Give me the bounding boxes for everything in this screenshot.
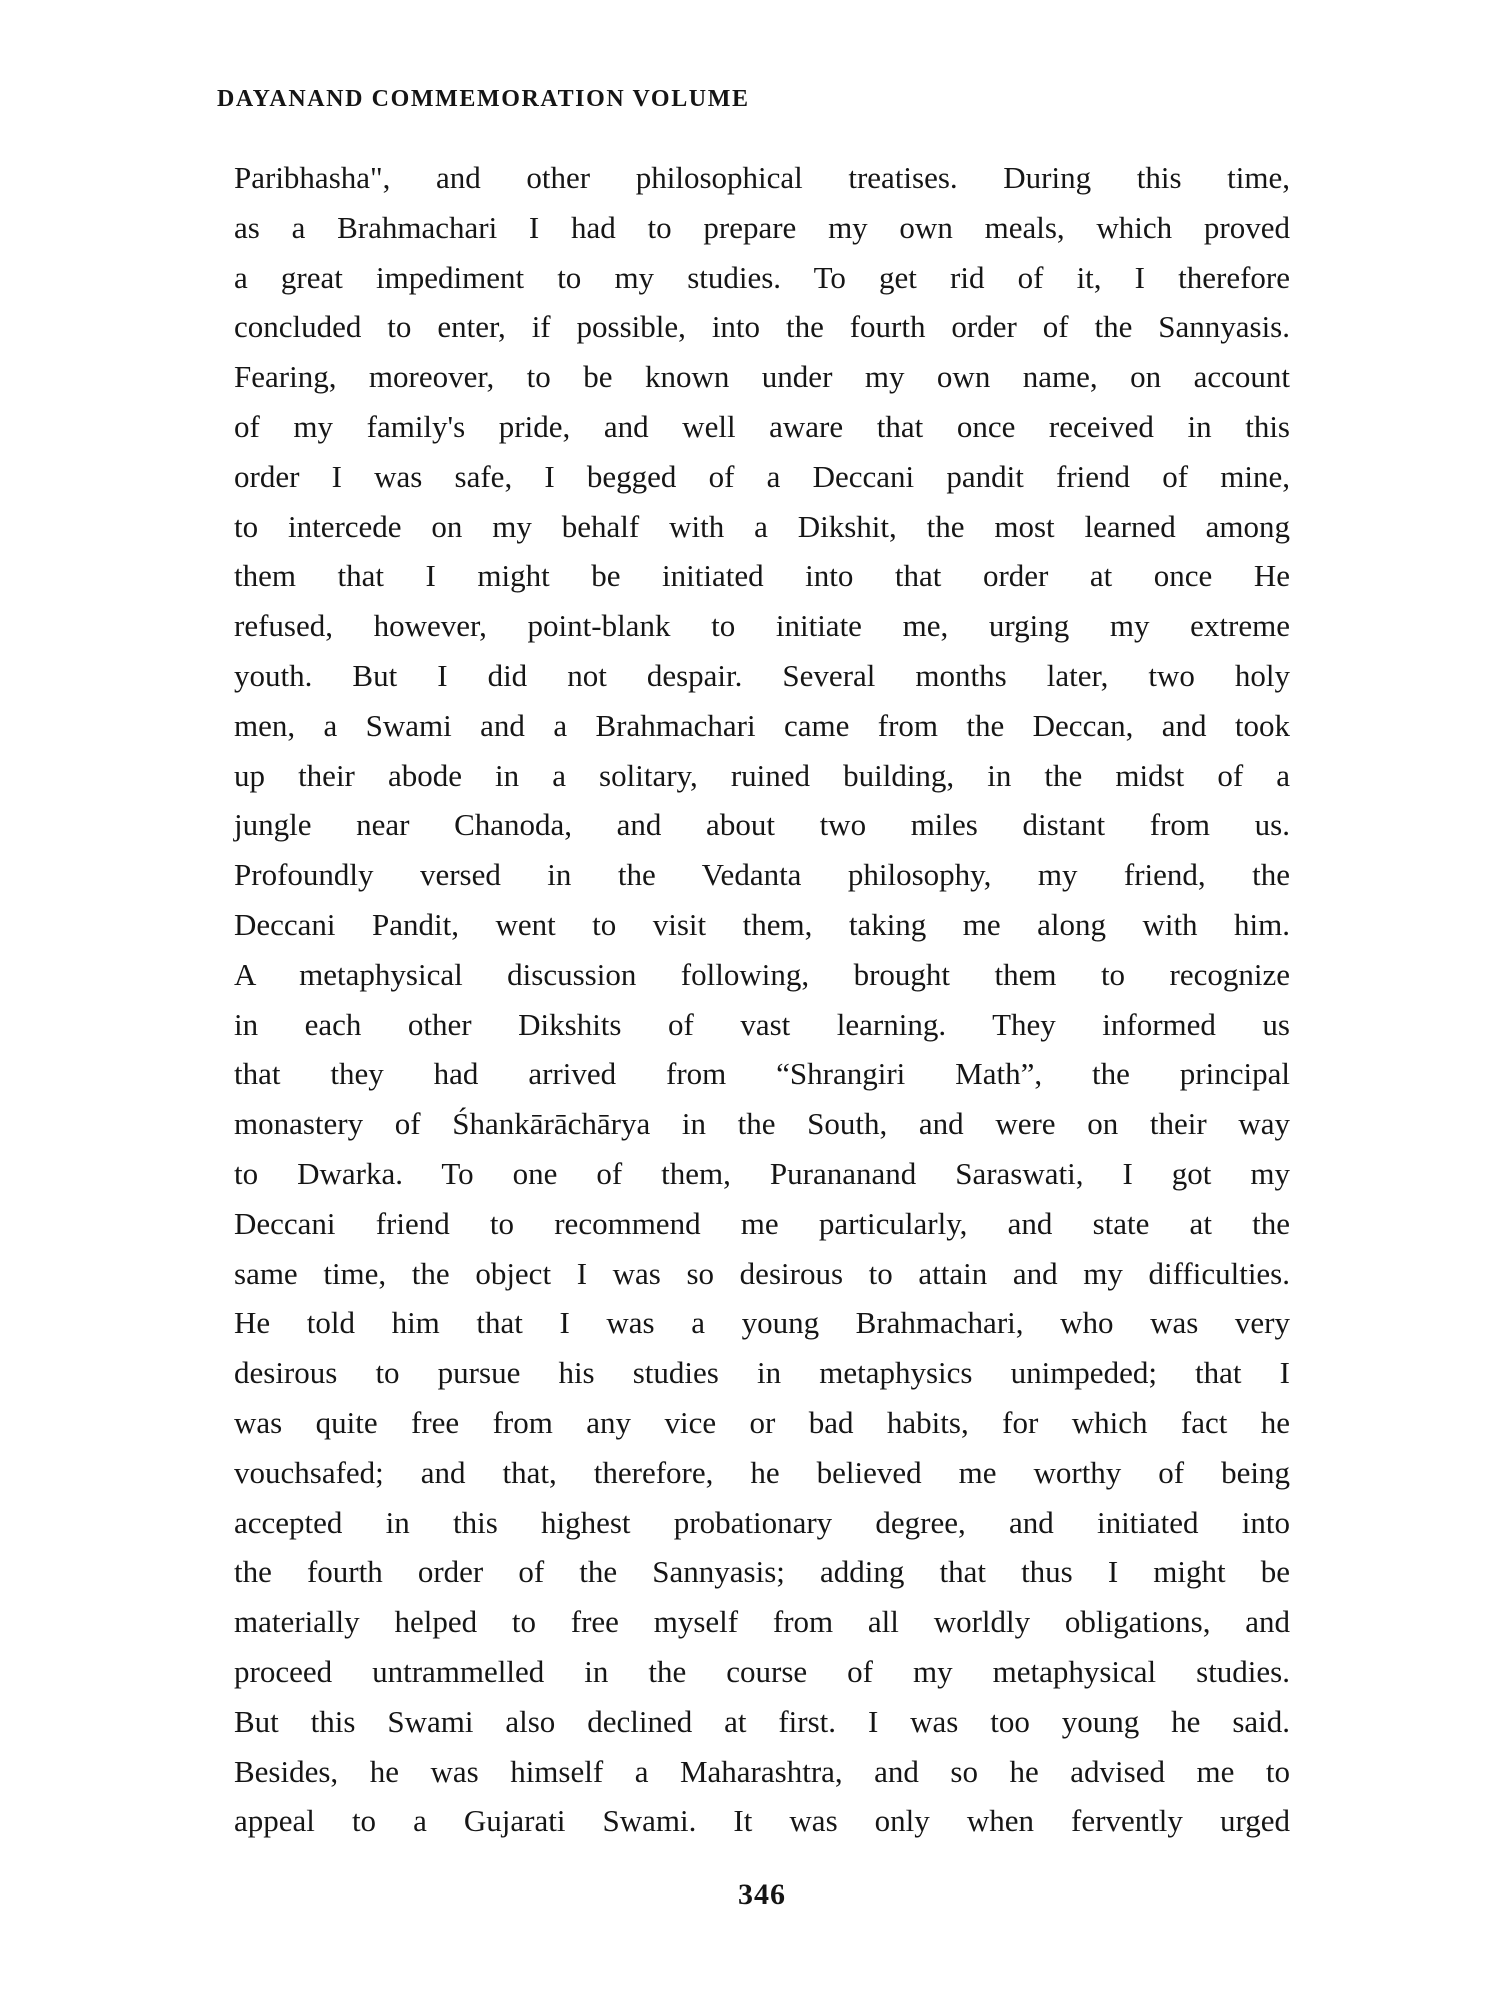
text-line-content: He told him that I was a young Brahmacha… [234, 1298, 1290, 1348]
text-line: But this Swami also declined at first. I… [234, 1697, 1290, 1747]
text-line: men, a Swami and a Brahmachari came from… [234, 701, 1290, 751]
text-line-content: monastery of Śhankārāchārya in the South… [234, 1099, 1290, 1149]
text-line-content: desirous to pursue his studies in metaph… [234, 1348, 1290, 1398]
text-line: up their abode in a solitary, ruined bui… [234, 751, 1290, 801]
text-line: Deccani Pandit, went to visit them, taki… [234, 900, 1290, 950]
text-line-content: Paribhasha", and other philosophical tre… [234, 153, 1290, 203]
text-line: desirous to pursue his studies in metaph… [234, 1348, 1290, 1398]
text-line-content: Deccani Pandit, went to visit them, taki… [234, 900, 1290, 950]
text-line-content: of my family's pride, and well aware tha… [234, 402, 1290, 452]
text-line-content: as a Brahmachari I had to prepare my own… [234, 203, 1290, 253]
text-line: jungle near Chanoda, and about two miles… [234, 800, 1290, 850]
text-line: Deccani friend to recommend me particula… [234, 1199, 1290, 1249]
text-line: to Dwarka. To one of them, Purananand Sa… [234, 1149, 1290, 1199]
text-line: monastery of Śhankārāchārya in the South… [234, 1099, 1290, 1149]
text-line: the fourth order of the Sannyasis; addin… [234, 1547, 1290, 1597]
text-line-content: men, a Swami and a Brahmachari came from… [234, 701, 1290, 751]
text-line: materially helped to free myself from al… [234, 1597, 1290, 1647]
text-line: of my family's pride, and well aware tha… [234, 402, 1290, 452]
text-line: Fearing, moreover, to be known under my … [234, 352, 1290, 402]
text-line-content: materially helped to free myself from al… [234, 1597, 1290, 1647]
text-line-content: refused, however, point-blank to initiat… [234, 601, 1290, 651]
text-line: a great impediment to my studies. To get… [234, 253, 1290, 303]
text-line-content: proceed untrammelled in the course of my… [234, 1647, 1290, 1697]
text-line: order I was safe, I begged of a Deccani … [234, 452, 1290, 502]
page-number: 346 [738, 1878, 786, 1912]
text-line-content: youth. But I did not despair. Several mo… [234, 651, 1290, 701]
text-line: them that I might be initiated into that… [234, 551, 1290, 601]
text-line: accepted in this highest probationary de… [234, 1498, 1290, 1548]
text-line: youth. But I did not despair. Several mo… [234, 651, 1290, 701]
text-line-content: Profoundly versed in the Vedanta philoso… [234, 850, 1290, 900]
text-line-content: that they had arrived from “Shrangiri Ma… [234, 1049, 1290, 1099]
text-line-content: Besides, he was himself a Maharashtra, a… [234, 1747, 1290, 1797]
text-line-content: accepted in this highest probationary de… [234, 1498, 1290, 1548]
text-line-content: to intercede on my behalf with a Dikshit… [234, 502, 1290, 552]
text-line-content: concluded to enter, if possible, into th… [234, 302, 1290, 352]
text-line: Besides, he was himself a Maharashtra, a… [234, 1747, 1290, 1797]
text-line: same time, the object I was so desirous … [234, 1249, 1290, 1299]
text-line-content: Fearing, moreover, to be known under my … [234, 352, 1290, 402]
text-line: A metaphysical discussion following, bro… [234, 950, 1290, 1000]
text-line-content: A metaphysical discussion following, bro… [234, 950, 1290, 1000]
text-line-content: order I was safe, I begged of a Deccani … [234, 452, 1290, 502]
book-page: DAYANAND COMMEMORATION VOLUME Paribhasha… [0, 0, 1500, 2000]
text-line: proceed untrammelled in the course of my… [234, 1647, 1290, 1697]
text-line-content: same time, the object I was so desirous … [234, 1249, 1290, 1299]
text-line-content: jungle near Chanoda, and about two miles… [234, 800, 1290, 850]
text-line-content: to Dwarka. To one of them, Purananand Sa… [234, 1149, 1290, 1199]
text-line: in each other Dikshits of vast learning.… [234, 1000, 1290, 1050]
text-line-content: them that I might be initiated into that… [234, 551, 1290, 601]
text-line: concluded to enter, if possible, into th… [234, 302, 1290, 352]
text-line: refused, however, point-blank to initiat… [234, 601, 1290, 651]
text-line-content: vouchsafed; and that, therefore, he beli… [234, 1448, 1290, 1498]
text-line: Paribhasha", and other philosophical tre… [234, 153, 1290, 203]
text-line: vouchsafed; and that, therefore, he beli… [234, 1448, 1290, 1498]
text-line-content: a great impediment to my studies. To get… [234, 253, 1290, 303]
text-line-content: appeal to a Gujarati Swami. It was only … [234, 1796, 1290, 1846]
text-line-content: up their abode in a solitary, ruined bui… [234, 751, 1290, 801]
text-line-content: was quite free from any vice or bad habi… [234, 1398, 1290, 1448]
text-line-content: in each other Dikshits of vast learning.… [234, 1000, 1290, 1050]
running-head: DAYANAND COMMEMORATION VOLUME [217, 86, 750, 113]
text-line: to intercede on my behalf with a Dikshit… [234, 502, 1290, 552]
body-text: Paribhasha", and other philosophical tre… [234, 153, 1290, 1846]
text-line: appeal to a Gujarati Swami. It was only … [234, 1796, 1290, 1846]
text-line: was quite free from any vice or bad habi… [234, 1398, 1290, 1448]
text-line: as a Brahmachari I had to prepare my own… [234, 203, 1290, 253]
text-line: that they had arrived from “Shrangiri Ma… [234, 1049, 1290, 1099]
text-line: He told him that I was a young Brahmacha… [234, 1298, 1290, 1348]
text-line-content: But this Swami also declined at first. I… [234, 1697, 1290, 1747]
text-line-content: the fourth order of the Sannyasis; addin… [234, 1547, 1290, 1597]
text-line: Profoundly versed in the Vedanta philoso… [234, 850, 1290, 900]
text-line-content: Deccani friend to recommend me particula… [234, 1199, 1290, 1249]
